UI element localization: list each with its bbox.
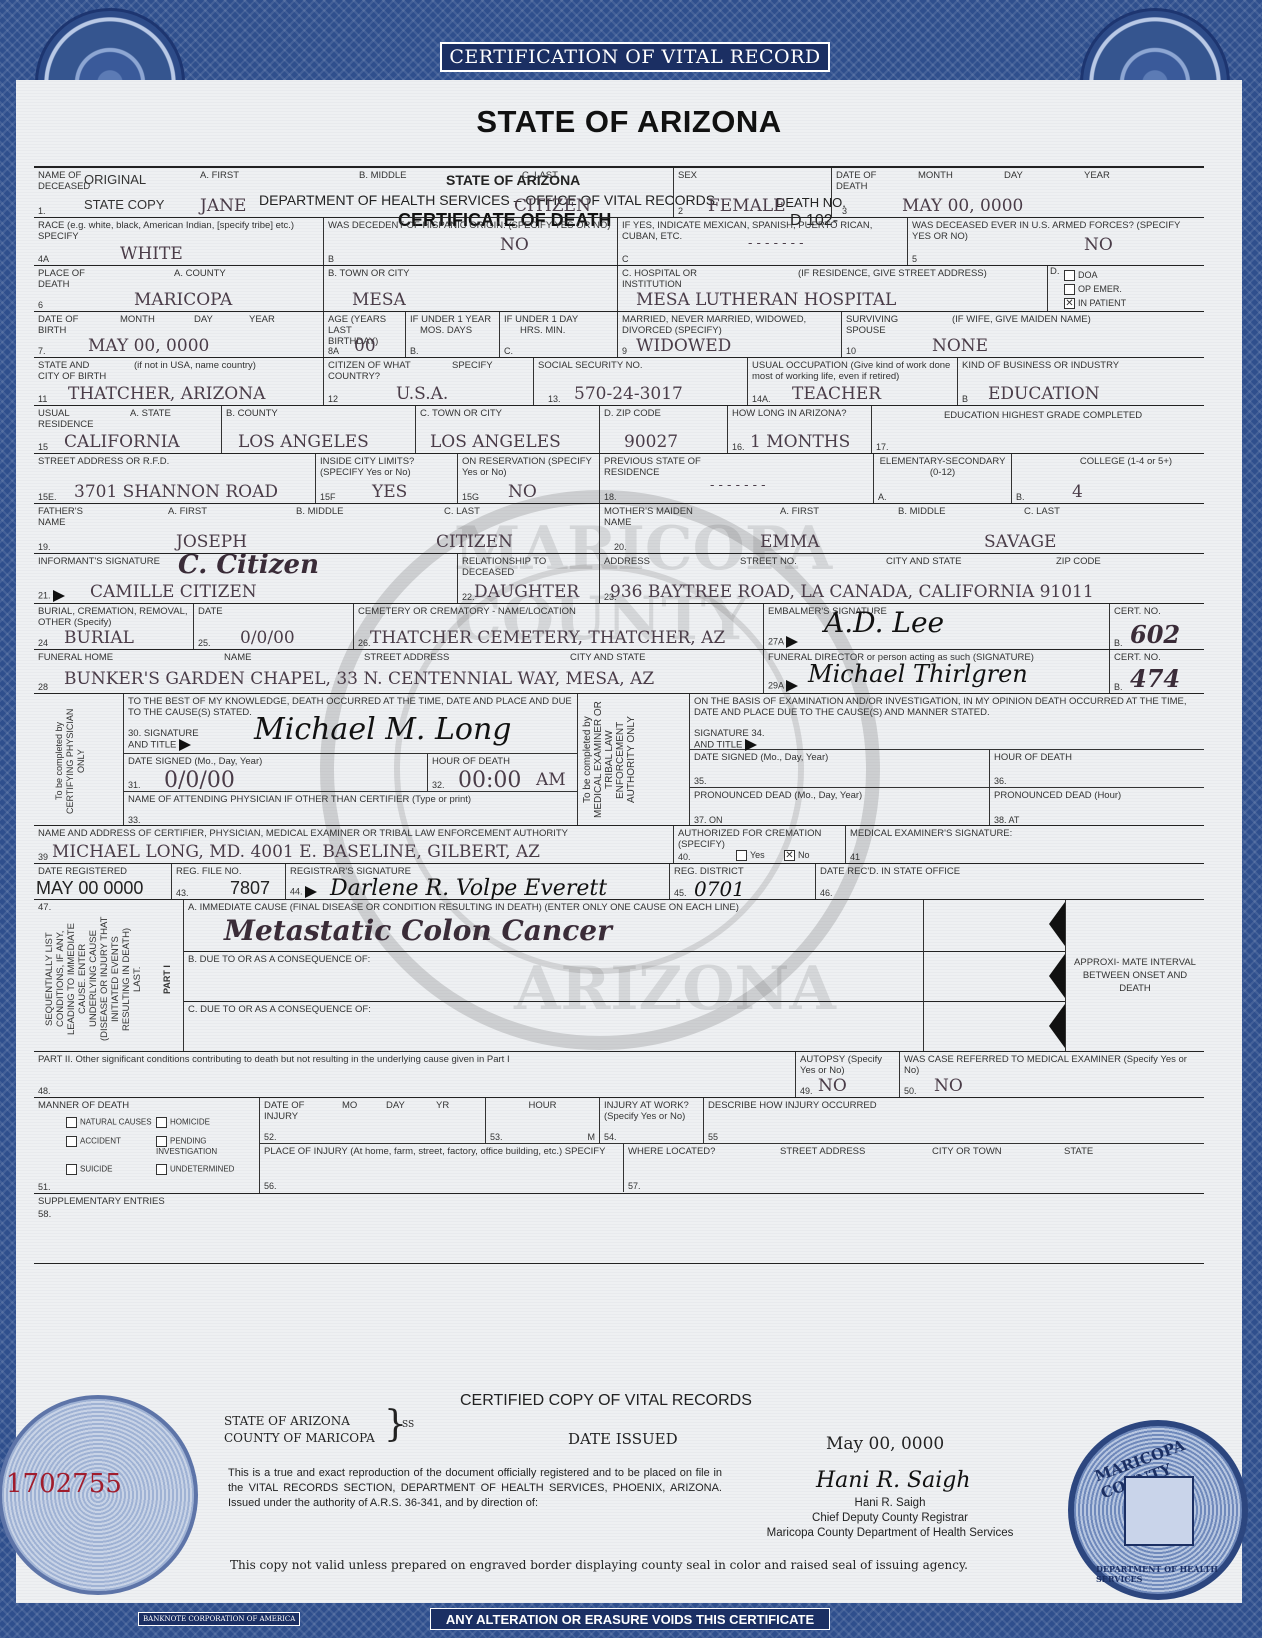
page-title: STATE OF ARIZONA bbox=[16, 104, 1242, 140]
checkbox-undetermined[interactable]: UNDETERMINED bbox=[156, 1164, 256, 1175]
relationship-value: DAUGHTER bbox=[474, 582, 579, 602]
town-label: B. TOWN OR CITY bbox=[328, 268, 613, 279]
last-name-value: CITIZEN bbox=[514, 196, 591, 216]
field-funeral-home[interactable]: FUNERAL HOME NAME STREET ADDRESS CITY AN… bbox=[34, 650, 764, 693]
field-num: 2 bbox=[678, 206, 683, 216]
street-label: STREET ADDRESS bbox=[780, 1146, 865, 1157]
physician-side-label: To be completed by CERTIFYING PHYSICIAN … bbox=[34, 694, 124, 825]
field-death-county[interactable]: PLACE OF DEATH A. COUNTY 6 MARICOPA bbox=[34, 266, 324, 311]
field-num: 15E. bbox=[38, 492, 57, 502]
field-age[interactable]: AGE (YEARS LAST BIRTHDAY) 8A 00 bbox=[324, 312, 406, 357]
state-label: A. STATE bbox=[130, 408, 171, 419]
field-registrar[interactable]: REGISTRAR'S SIGNATURE 44. Darlene R. Vol… bbox=[286, 864, 670, 899]
field-hospital[interactable]: C. HOSPITAL OR INSTITUTION (IF RESIDENCE… bbox=[618, 266, 1048, 311]
field-ssn[interactable]: SOCIAL SECURITY NO. 13. 570-24-3017 bbox=[534, 358, 748, 405]
field-injury-location[interactable]: WHERE LOCATED? STREET ADDRESS CITY OR TO… bbox=[624, 1144, 1204, 1192]
father-label: FATHER'S NAME bbox=[38, 506, 88, 528]
field-date-of-birth[interactable]: DATE OF BIRTH MONTH DAY YEAR 7. MAY 00, … bbox=[34, 312, 324, 357]
zip-label: ZIP CODE bbox=[1056, 556, 1101, 567]
field-supplementary[interactable]: SUPPLEMENTARY ENTRIES 58. bbox=[34, 1194, 1204, 1263]
field-disposition-date[interactable]: DATE 25. 0/0/00 bbox=[194, 604, 354, 649]
field-examiner-date-signed[interactable]: DATE SIGNED (Mo., Day, Year) 35. bbox=[690, 750, 990, 787]
field-mother[interactable]: MOTHER'S MAIDEN NAME A. FIRST B. MIDDLE … bbox=[600, 504, 1204, 553]
date-registered-value: MAY 00 0000 bbox=[36, 878, 143, 899]
college-value: 4 bbox=[1072, 482, 1083, 502]
funeral-home-value: BUNKER'S GARDEN CHAPEL, 33 N. CENTENNIAL… bbox=[64, 669, 654, 689]
armed-forces-value: NO bbox=[1084, 235, 1113, 255]
certifier-value: MICHAEL LONG, MD. 4001 E. BASELINE, GILB… bbox=[52, 842, 540, 862]
date-registered-label: DATE REGISTERED bbox=[38, 866, 167, 877]
checkbox-cremation-no[interactable]: ✕No bbox=[784, 850, 810, 861]
how-long-label: HOW LONG IN ARIZONA? bbox=[732, 408, 867, 419]
field-num: 43. bbox=[176, 888, 189, 898]
pronounced-label: PRONOUNCED DEAD (Mo., Day, Year) bbox=[694, 790, 985, 801]
field-num: 54. bbox=[604, 1132, 617, 1142]
field-num: C. bbox=[504, 346, 513, 356]
bank-note-label: BANKNOTE CORPORATION OF AMERICA bbox=[138, 1612, 300, 1626]
op-emer-label: OP EMER. bbox=[1078, 284, 1122, 294]
date-issued-label: DATE ISSUED bbox=[568, 1430, 678, 1448]
field-occupation[interactable]: USUAL OCCUPATION (Give kind of work done… bbox=[748, 358, 958, 405]
field-res-county[interactable]: B. COUNTY LOS ANGELES bbox=[222, 406, 416, 453]
year-label: YEAR bbox=[249, 314, 275, 325]
field-num: B. bbox=[1016, 492, 1025, 502]
death-town-value: MESA bbox=[352, 290, 406, 310]
field-spouse[interactable]: SURVIVING SPOUSE (IF WIFE, GIVE MAIDEN N… bbox=[842, 312, 1204, 357]
field-cause-b[interactable]: B. DUE TO OR AS A CONSEQUENCE OF: bbox=[184, 952, 923, 1002]
field-num: 33. bbox=[128, 815, 141, 825]
director-cert-value: 474 bbox=[1130, 664, 1180, 693]
education-label: EDUCATION HIGHEST GRADE COMPLETED bbox=[876, 408, 1200, 421]
spouse-label: SURVIVING SPOUSE bbox=[846, 314, 906, 336]
field-part2[interactable]: PART II. Other significant conditions co… bbox=[34, 1052, 796, 1097]
first-label: A. FIRST bbox=[200, 170, 239, 181]
field-manner: MANNER OF DEATH NATURAL CAUSES HOMICIDE … bbox=[34, 1098, 260, 1193]
field-city-limits[interactable]: INSIDE CITY LIMITS? (SPECIFY Yes or No) … bbox=[316, 454, 458, 503]
field-cremation: AUTHORIZED FOR CREMATION (SPECIFY) 40. Y… bbox=[674, 826, 846, 863]
name-label: NAME OF DECEASED bbox=[38, 170, 108, 192]
field-num: 26. bbox=[358, 638, 371, 648]
hospital-value: MESA LUTHERAN HOSPITAL bbox=[636, 290, 896, 310]
bottom-banner: ANY ALTERATION OR ERASURE VOIDS THIS CER… bbox=[430, 1608, 830, 1630]
field-injury-hour[interactable]: HOUR 53. M bbox=[486, 1098, 600, 1143]
field-race[interactable]: RACE (e.g. white, black, American Indian… bbox=[34, 218, 324, 265]
cemetery-label: CEMETERY OR CREMATORY - NAME/LOCATION bbox=[358, 606, 759, 617]
checkbox-suicide[interactable]: SUICIDE bbox=[66, 1164, 156, 1175]
cert-no-label: CERT. NO. bbox=[1114, 652, 1200, 663]
field-num: 17. bbox=[876, 442, 889, 452]
field-pronounced-hour[interactable]: PRONOUNCED DEAD (Hour) 38. AT bbox=[990, 788, 1204, 825]
field-relationship[interactable]: RELATIONSHIP TO DECEASED 22. DAUGHTER bbox=[458, 554, 600, 603]
field-date-registered[interactable]: DATE REGISTERED MAY 00 0000 bbox=[34, 864, 172, 899]
field-physician-hour[interactable]: HOUR OF DEATH 32. 00:00 AM bbox=[428, 754, 577, 791]
injury-date-label: DATE OF INJURY bbox=[264, 1100, 314, 1122]
sex-label: SEX bbox=[678, 170, 827, 181]
field-num: 36. bbox=[994, 776, 1007, 786]
field-num: 47. bbox=[38, 902, 179, 913]
vertical-label: To be completed by MEDICAL EXAMINER OR T… bbox=[582, 700, 682, 820]
reservation-value: NO bbox=[508, 482, 537, 502]
field-num: 3 bbox=[842, 206, 847, 216]
field-num: 57. bbox=[628, 1181, 641, 1191]
field-under-day[interactable]: IF UNDER 1 DAY HRS. MIN. C. bbox=[500, 312, 618, 357]
day-label: DAY bbox=[194, 314, 213, 325]
where-label: WHERE LOCATED? bbox=[628, 1146, 715, 1157]
field-pronounced-date[interactable]: PRONOUNCED DEAD (Mo., Day, Year) 37. ON bbox=[690, 788, 990, 825]
disposition-value: BURIAL bbox=[64, 628, 134, 648]
last-label: C. LAST bbox=[522, 170, 558, 181]
field-armed-forces[interactable]: WAS DECEASED EVER IN U.S. ARMED FORCES? … bbox=[908, 218, 1204, 265]
prev-state-label: PREVIOUS STATE OF RESIDENCE bbox=[604, 456, 704, 478]
field-injury-how[interactable]: DESCRIBE HOW INJURY OCCURRED 55 bbox=[704, 1098, 1204, 1143]
field-disposition[interactable]: BURIAL, CREMATION, REMOVAL, OTHER (Speci… bbox=[34, 604, 194, 649]
reg-district-value: 0701 bbox=[694, 877, 745, 899]
field-physician-date-signed[interactable]: DATE SIGNED (Mo., Day, Year) 31. 0/0/00 bbox=[124, 754, 428, 791]
field-date-recd[interactable]: DATE REC'D. IN STATE OFFICE 46. bbox=[816, 864, 1204, 899]
registrar-signature: Darlene R. Volpe Everett bbox=[330, 876, 607, 899]
signer-dept: Maricopa County Department of Health Ser… bbox=[740, 1526, 1040, 1541]
field-injury-place[interactable]: PLACE OF INJURY (At home, farm, street, … bbox=[260, 1144, 624, 1192]
marital-label: MARRIED, NEVER MARRIED, WIDOWED, DIVORCE… bbox=[622, 314, 837, 336]
state-label: STATE OF ARIZONA bbox=[224, 1413, 375, 1430]
natural-label: NATURAL CAUSES bbox=[80, 1118, 152, 1127]
field-res-zip[interactable]: D. ZIP CODE 90027 bbox=[600, 406, 728, 453]
row-place-of-death: PLACE OF DEATH A. COUNTY 6 MARICOPA B. T… bbox=[34, 266, 1204, 312]
field-res-town[interactable]: C. TOWN OR CITY LOS ANGELES bbox=[416, 406, 600, 453]
field-me-signature[interactable]: MEDICAL EXAMINER'S SIGNATURE: 41 bbox=[846, 826, 1204, 863]
arrow-icon bbox=[305, 886, 317, 898]
field-interval-a[interactable] bbox=[924, 900, 1065, 952]
injury-work-label: INJURY AT WORK? (Specify Yes or No) bbox=[604, 1100, 699, 1122]
college-label: COLLEGE (1-4 or 5+) bbox=[1016, 456, 1200, 467]
field-num: 52. bbox=[264, 1132, 277, 1142]
street-no-label: STREET NO. bbox=[740, 556, 797, 567]
county-label: COUNTY OF MARICOPA bbox=[224, 1430, 375, 1447]
field-death-status: D. DOA OP EMER. ✕IN PATIENT bbox=[1048, 266, 1204, 311]
field-interval-b[interactable] bbox=[924, 952, 1065, 1002]
date-of-death-label: DATE OF DEATH bbox=[836, 170, 886, 192]
citizenship-value: U.S.A. bbox=[396, 384, 448, 404]
checkbox-op-emer[interactable]: OP EMER. bbox=[1064, 282, 1126, 296]
row-part2: PART II. Other significant conditions co… bbox=[34, 1052, 1204, 1098]
field-num: 46. bbox=[820, 888, 833, 898]
birthplace-note: (if not in USA, name country) bbox=[134, 360, 256, 371]
field-num: 45. bbox=[674, 888, 687, 898]
field-num: 21. bbox=[38, 590, 65, 602]
examiner-side-label: To be completed by MEDICAL EXAMINER OR T… bbox=[578, 694, 690, 825]
birthplace-value: THATCHER, ARIZONA bbox=[68, 384, 265, 404]
serial-seal: 1702755 bbox=[0, 1395, 198, 1595]
checkbox-accident[interactable]: ACCIDENT bbox=[66, 1136, 156, 1156]
cause-a-label: A. IMMEDIATE CAUSE (FINAL DISEASE OR CON… bbox=[188, 902, 919, 913]
field-num: 24 bbox=[38, 638, 48, 648]
disposition-label: BURIAL, CREMATION, REMOVAL, OTHER (Speci… bbox=[38, 606, 189, 628]
race-value: WHITE bbox=[120, 244, 183, 264]
marital-value: WIDOWED bbox=[636, 336, 731, 356]
checkbox-homicide[interactable]: HOMICIDE bbox=[156, 1117, 256, 1128]
field-embalmer-cert[interactable]: CERT. NO. B. 602 bbox=[1110, 604, 1204, 649]
field-reg-file[interactable]: REG. FILE NO. 43. 7807 bbox=[172, 864, 286, 899]
checkbox-cremation-yes[interactable]: Yes bbox=[736, 850, 765, 861]
state-label: STATE bbox=[1064, 1146, 1093, 1157]
field-num: A. bbox=[878, 492, 887, 502]
field-num: 5 bbox=[912, 254, 917, 264]
field-cemetery[interactable]: CEMETERY OR CREMATORY - NAME/LOCATION 26… bbox=[354, 604, 764, 649]
suicide-label: SUICIDE bbox=[80, 1165, 112, 1174]
mother-label: MOTHER'S MAIDEN NAME bbox=[604, 506, 714, 528]
res-county-value: LOS ANGELES bbox=[238, 432, 369, 452]
ssn-value: 570-24-3017 bbox=[574, 384, 683, 404]
ss-label: SS bbox=[402, 1420, 414, 1430]
field-num: 1. bbox=[38, 206, 46, 216]
date-label: DATE bbox=[198, 606, 349, 617]
informant-address-value: 936 BAYTREE ROAD, LA CANADA, CALIFORNIA … bbox=[610, 582, 1094, 602]
field-autopsy[interactable]: AUTOPSY (Specify Yes or No) 49. NO bbox=[796, 1052, 900, 1097]
cemetery-value: THATCHER CEMETERY, THATCHER, AZ bbox=[370, 628, 725, 648]
date-signed-label: DATE SIGNED (Mo., Day, Year) bbox=[128, 756, 423, 767]
field-num: B. bbox=[1114, 638, 1123, 648]
city-limits-value: YES bbox=[372, 482, 407, 502]
dob-label: DATE OF BIRTH bbox=[38, 314, 88, 336]
field-num: 44. bbox=[290, 886, 317, 898]
vertical-label: To be completed by CERTIFYING PHYSICIAN … bbox=[54, 706, 114, 816]
autopsy-label: AUTOPSY (Specify Yes or No) bbox=[800, 1054, 895, 1076]
res-zip-value: 90027 bbox=[624, 432, 678, 452]
field-res-state[interactable]: USUAL RESIDENCE A. STATE 15 CALIFORNIA bbox=[34, 406, 222, 453]
row-cause-of-death: 47. SEQUENTIALLY LIST CONDITIONS, IF ANY… bbox=[34, 900, 1204, 1052]
examiner-statement: ON THE BASIS OF EXAMINATION AND/OR INVES… bbox=[694, 696, 1200, 718]
row-supplementary: SUPPLEMENTARY ENTRIES 58. bbox=[34, 1194, 1204, 1264]
arrow-icon bbox=[786, 680, 798, 692]
physician-date-value: 0/0/00 bbox=[164, 768, 235, 791]
examiner-section: ON THE BASIS OF EXAMINATION AND/OR INVES… bbox=[690, 694, 1204, 825]
interval-arrow-icon bbox=[1049, 902, 1065, 946]
cause-c-label: C. DUE TO OR AS A CONSEQUENCE OF: bbox=[188, 1004, 919, 1015]
field-num: B. bbox=[1114, 682, 1123, 692]
field-certifier[interactable]: NAME AND ADDRESS OF CERTIFIER, PHYSICIAN… bbox=[34, 826, 674, 863]
field-injury-date[interactable]: DATE OF INJURY MO DAY YR 52. bbox=[260, 1098, 486, 1143]
certifier-label: NAME AND ADDRESS OF CERTIFIER, PHYSICIAN… bbox=[38, 828, 669, 839]
relationship-label: RELATIONSHIP TO DECEASED bbox=[462, 556, 595, 578]
hour-value: 00:00 bbox=[458, 768, 521, 791]
field-num: 27A bbox=[768, 636, 798, 648]
physician-section: TO THE BEST OF MY KNOWLEDGE, DEATH OCCUR… bbox=[124, 694, 578, 825]
birthplace-label: STATE AND CITY OF BIRTH bbox=[38, 360, 108, 382]
res-state-value: CALIFORNIA bbox=[64, 432, 180, 452]
field-citizenship[interactable]: CITIZEN OF WHAT COUNTRY? SPECIFY 12 U.S.… bbox=[324, 358, 534, 405]
row-parents: FATHER'S NAME A. FIRST B. MIDDLE C. LAST… bbox=[34, 504, 1204, 554]
county-seal-subtext: DEPARTMENT OF HEALTH SERVICES bbox=[1096, 1564, 1242, 1584]
field-num: 38. AT bbox=[994, 815, 1019, 825]
field-num: 11 bbox=[38, 394, 47, 404]
cause-b-label: B. DUE TO OR AS A CONSEQUENCE OF: bbox=[188, 954, 919, 965]
field-funeral-director[interactable]: FUNERAL DIRECTOR or person acting as suc… bbox=[764, 650, 1110, 693]
field-embalmer[interactable]: EMBALMER'S SIGNATURE A.D. Lee 27A bbox=[764, 604, 1110, 649]
field-sex[interactable]: SEX 2 FEMALE bbox=[674, 168, 832, 217]
field-education-college[interactable]: COLLEGE (1-4 or 5+) B. 4 bbox=[1012, 454, 1204, 503]
homicide-label: HOMICIDE bbox=[170, 1118, 210, 1127]
reservation-label: ON RESERVATION (SPECIFY Yes or No) bbox=[462, 456, 595, 478]
vertical-label: SEQUENTIALLY LIST CONDITIONS, IF ANY, LE… bbox=[44, 914, 148, 1044]
specify-label: SPECIFY bbox=[452, 360, 493, 371]
field-hispanic[interactable]: WAS DECEDENT OF HISPANIC ORIGIN: (SPECIF… bbox=[324, 218, 618, 265]
field-num: C bbox=[622, 254, 629, 264]
interval-column bbox=[924, 900, 1066, 1051]
cause-side: 47. SEQUENTIALLY LIST CONDITIONS, IF ANY… bbox=[34, 900, 184, 1051]
reg-file-label: REG. FILE NO. bbox=[176, 866, 281, 877]
spouse-note: (IF WIFE, GIVE MAIDEN NAME) bbox=[952, 314, 1091, 325]
field-num: 29A bbox=[768, 680, 798, 692]
field-num: 15G bbox=[462, 492, 479, 502]
disposition-date-value: 0/0/00 bbox=[240, 628, 295, 648]
first-label: A. FIRST bbox=[780, 506, 819, 517]
field-father[interactable]: FATHER'S NAME A. FIRST B. MIDDLE C. LAST… bbox=[34, 504, 600, 553]
spouse-value: NONE bbox=[932, 336, 988, 356]
field-education: EDUCATION HIGHEST GRADE COMPLETED 17. bbox=[872, 406, 1204, 453]
arrow-icon bbox=[179, 739, 191, 751]
mother-first-value: EMMA bbox=[760, 532, 820, 552]
field-street[interactable]: STREET ADDRESS OR R.F.D. 15E. 3701 SHANN… bbox=[34, 454, 316, 503]
field-date-of-death[interactable]: DATE OF DEATH MONTH DAY YEAR 3 MAY 00, 0… bbox=[832, 168, 1204, 217]
prev-state-value: - - - - - - - bbox=[710, 478, 766, 493]
checkbox-pending[interactable]: PENDING INVESTIGATION bbox=[156, 1136, 256, 1156]
field-referred[interactable]: WAS CASE REFERRED TO MEDICAL EXAMINER (S… bbox=[900, 1052, 1204, 1097]
field-prev-state[interactable]: PREVIOUS STATE OF RESIDENCE 18. - - - - … bbox=[600, 454, 874, 503]
validity-note: This copy not valid unless prepared on e… bbox=[230, 1558, 968, 1572]
field-name[interactable]: NAME OF DECEASED A. FIRST B. MIDDLE C. L… bbox=[34, 168, 674, 217]
field-num: 49. bbox=[800, 1086, 813, 1096]
part2-label: PART II. Other significant conditions co… bbox=[38, 1054, 791, 1065]
dob-value: MAY 00, 0000 bbox=[88, 336, 209, 356]
field-num: 40. bbox=[678, 852, 691, 862]
undetermined-label: UNDETERMINED bbox=[170, 1165, 234, 1174]
field-num: 25. bbox=[198, 638, 211, 648]
race-label: RACE (e.g. white, black, American Indian… bbox=[38, 220, 319, 242]
residence-label: USUAL RESIDENCE bbox=[38, 408, 98, 430]
field-num: 55 bbox=[708, 1132, 718, 1142]
row-certification: To be completed by CERTIFYING PHYSICIAN … bbox=[34, 694, 1204, 826]
under-year-sub: MOS. DAYS bbox=[410, 325, 495, 336]
field-reg-district[interactable]: REG. DISTRICT 45. 0701 bbox=[670, 864, 816, 899]
field-under-year[interactable]: IF UNDER 1 YEAR MOS. DAYS B. bbox=[406, 312, 500, 357]
cause-a-value: Metastatic Colon Cancer bbox=[224, 914, 612, 947]
field-attending-physician[interactable]: NAME OF ATTENDING PHYSICIAN IF OTHER THA… bbox=[124, 792, 577, 825]
doa-label: DOA bbox=[1078, 270, 1098, 280]
certified-copy-title: CERTIFIED COPY OF VITAL RECORDS bbox=[460, 1392, 752, 1410]
mother-last-value: SAVAGE bbox=[984, 532, 1056, 552]
m-suffix: M bbox=[588, 1132, 596, 1142]
date-of-death-value: MAY 00, 0000 bbox=[902, 196, 1023, 216]
zip-label: D. ZIP CODE bbox=[604, 408, 723, 419]
field-injury-work[interactable]: INJURY AT WORK? (Specify Yes or No) 54. bbox=[600, 1098, 704, 1143]
middle-label: B. MIDDLE bbox=[296, 506, 344, 517]
checkbox-natural[interactable]: NATURAL CAUSES bbox=[66, 1117, 156, 1128]
field-physician-signature[interactable]: TO THE BEST OF MY KNOWLEDGE, DEATH OCCUR… bbox=[124, 694, 577, 754]
field-num: 56. bbox=[264, 1181, 277, 1191]
field-num: 31. bbox=[128, 780, 141, 790]
checkbox-doa[interactable]: DOA bbox=[1064, 268, 1126, 282]
field-num: B bbox=[962, 394, 968, 404]
part-label: PART I bbox=[162, 950, 176, 1010]
field-reservation[interactable]: ON RESERVATION (SPECIFY Yes or No) 15G N… bbox=[458, 454, 600, 503]
me-signature-label: MEDICAL EXAMINER'S SIGNATURE: bbox=[850, 828, 1200, 839]
jurisdiction: STATE OF ARIZONA COUNTY OF MARICOPA bbox=[224, 1413, 375, 1447]
field-director-cert[interactable]: CERT. NO. B. 474 bbox=[1110, 650, 1204, 693]
field-num: 15 bbox=[38, 442, 48, 452]
date-issued-value: May 00, 0000 bbox=[826, 1434, 944, 1454]
field-interval-c[interactable] bbox=[924, 1002, 1065, 1050]
field-num: 10 bbox=[846, 346, 856, 356]
interval-label: APPROXI- MATE INTERVAL BETWEEN ONSET AND… bbox=[1066, 900, 1204, 1051]
field-marital[interactable]: MARRIED, NEVER MARRIED, WIDOWED, DIVORCE… bbox=[618, 312, 842, 357]
field-education-elem[interactable]: ELEMENTARY-SECONDARY (0-12) A. bbox=[874, 454, 1012, 503]
field-informant-address[interactable]: ADDRESS STREET NO. CITY AND STATE ZIP CO… bbox=[600, 554, 1204, 603]
field-business[interactable]: KIND OF BUSINESS OR INDUSTRY B EDUCATION bbox=[958, 358, 1204, 405]
field-num: 14A. bbox=[752, 394, 771, 404]
field-birthplace[interactable]: STATE AND CITY OF BIRTH (if not in USA, … bbox=[34, 358, 324, 405]
row-race: RACE (e.g. white, black, American Indian… bbox=[34, 218, 1204, 266]
field-hispanic-detail[interactable]: IF YES, INDICATE MEXICAN, SPANISH, PUERT… bbox=[618, 218, 908, 265]
death-certificate: CERTIFICATION OF VITAL RECORD STATE OF A… bbox=[0, 0, 1262, 1638]
field-num: 53. bbox=[490, 1132, 503, 1142]
date-recd-label: DATE REC'D. IN STATE OFFICE bbox=[820, 866, 1200, 877]
serial-number: 1702755 bbox=[6, 1469, 122, 1499]
field-num: 4A bbox=[38, 254, 49, 264]
checkbox-in-patient[interactable]: ✕IN PATIENT bbox=[1064, 296, 1126, 310]
field-num: B bbox=[328, 254, 334, 264]
field-death-town[interactable]: B. TOWN OR CITY MESA bbox=[324, 266, 618, 311]
father-first-value: JOSEPH bbox=[176, 532, 247, 552]
first-label: A. FIRST bbox=[168, 506, 207, 517]
day-label: DAY bbox=[1004, 170, 1023, 181]
row-certifier: NAME AND ADDRESS OF CERTIFIER, PHYSICIAN… bbox=[34, 826, 1204, 864]
field-informant[interactable]: INFORMANT'S SIGNATURE C. Citizen 21. CAM… bbox=[34, 554, 458, 603]
sex-value: FEMALE bbox=[708, 196, 786, 216]
occupation-value: TEACHER bbox=[792, 384, 881, 404]
row-funeral-home: FUNERAL HOME NAME STREET ADDRESS CITY AN… bbox=[34, 650, 1204, 694]
attending-label: NAME OF ATTENDING PHYSICIAN IF OTHER THA… bbox=[128, 794, 573, 805]
hospital-label: C. HOSPITAL OR INSTITUTION bbox=[622, 268, 732, 290]
accident-label: ACCIDENT bbox=[80, 1137, 121, 1146]
row-informant: INFORMANT'S SIGNATURE C. Citizen 21. CAM… bbox=[34, 554, 1204, 604]
reg-file-value: 7807 bbox=[230, 878, 270, 899]
field-num: 13. bbox=[548, 394, 561, 404]
under-day-sub: HRS. MIN. bbox=[504, 325, 613, 336]
town-label: C. TOWN OR CITY bbox=[420, 408, 595, 419]
county-seal: MARICOPA COUNTY DEPARTMENT OF HEALTH SER… bbox=[1068, 1420, 1248, 1600]
field-how-long-az[interactable]: HOW LONG IN ARIZONA? 16. 1 MONTHS bbox=[728, 406, 872, 453]
hour-label: HOUR OF DEATH bbox=[432, 756, 573, 767]
field-num: 20. bbox=[614, 542, 627, 552]
supplementary-label: SUPPLEMENTARY ENTRIES bbox=[38, 1196, 1200, 1207]
month-label: MONTH bbox=[120, 314, 155, 325]
age-value: 00 bbox=[354, 336, 376, 356]
field-examiner-signature[interactable]: ON THE BASIS OF EXAMINATION AND/OR INVES… bbox=[690, 694, 1204, 750]
death-certificate-form: NAME OF DECEASED A. FIRST B. MIDDLE C. L… bbox=[34, 166, 1204, 1264]
signer-title: Chief Deputy County Registrar bbox=[740, 1511, 1040, 1526]
hour-label: HOUR OF DEATH bbox=[994, 752, 1200, 763]
shield-icon bbox=[1124, 1476, 1194, 1546]
embalmer-cert-value: 602 bbox=[1130, 620, 1180, 649]
month-label: MONTH bbox=[918, 170, 953, 181]
field-num: 8A bbox=[328, 346, 339, 356]
field-num: 41 bbox=[850, 852, 860, 862]
field-cause-c[interactable]: C. DUE TO OR AS A CONSEQUENCE OF: bbox=[184, 1002, 923, 1050]
manner-label: MANNER OF DEATH bbox=[38, 1100, 255, 1111]
field-examiner-hour[interactable]: HOUR OF DEATH 36. bbox=[990, 750, 1204, 787]
hispanic-detail-value: - - - - - - - bbox=[748, 236, 804, 251]
field-cause-a[interactable]: A. IMMEDIATE CAUSE (FINAL DISEASE OR CON… bbox=[184, 900, 923, 952]
